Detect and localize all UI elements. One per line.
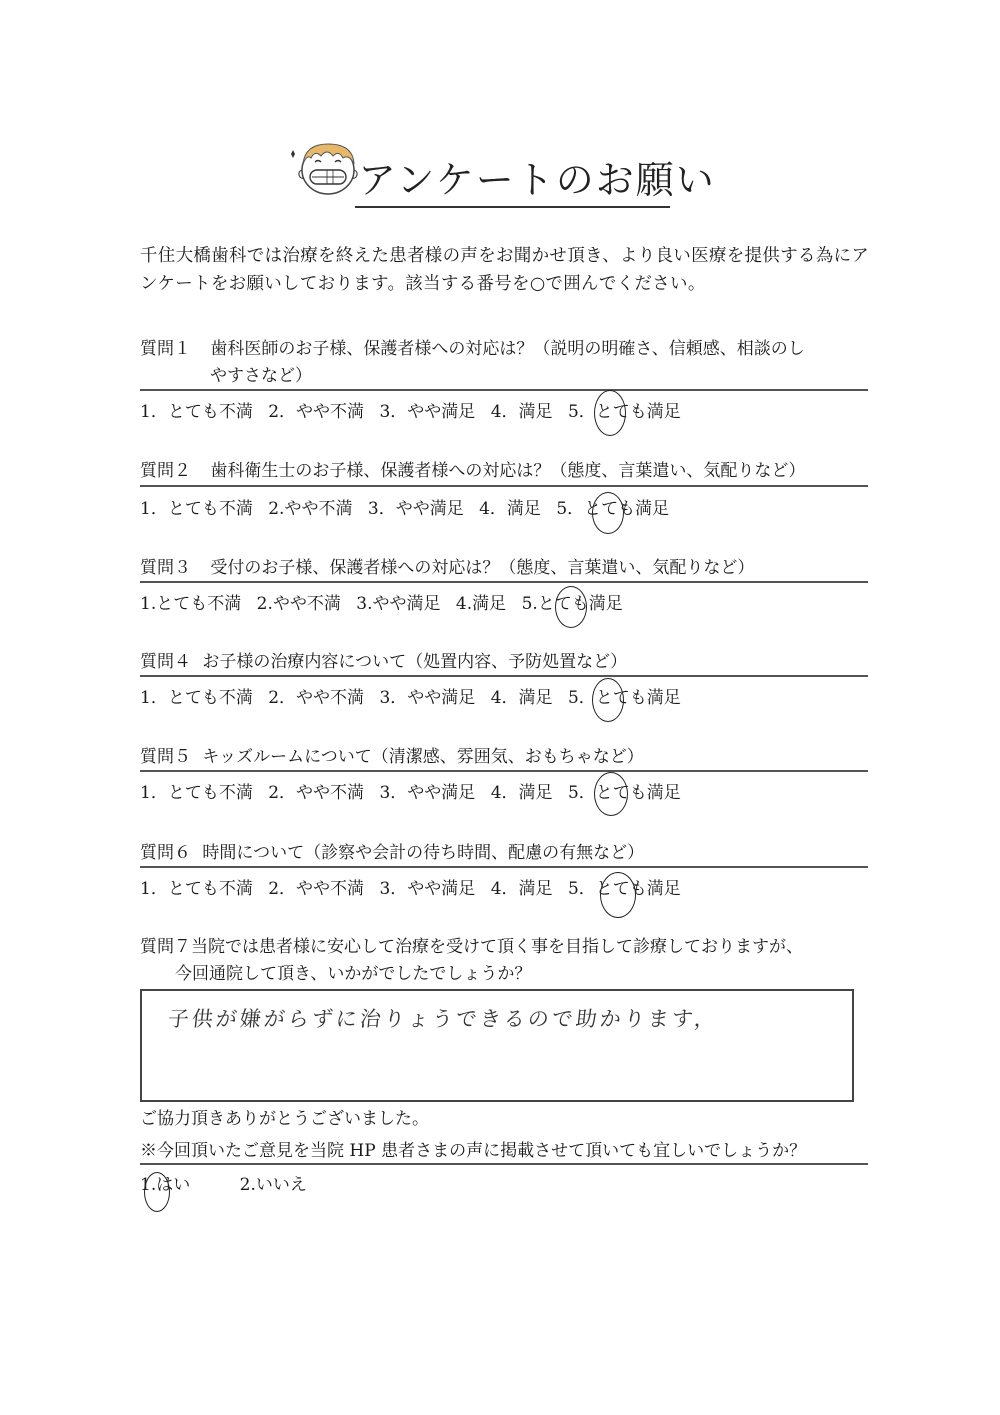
- option-2[interactable]: 2.やや不満: [268, 499, 352, 519]
- question-6: 質問６ 時間について（診察や会計の待ち時間、配慮の有無など）: [140, 840, 870, 867]
- option-1[interactable]: 1．とても不満: [140, 499, 253, 519]
- thanks-text: ご協力頂きありがとうございました。: [140, 1104, 429, 1129]
- question-3: 質問３ 受付のお子様、保護者様への対応は？（態度、言葉遣い、気配りなど）: [140, 555, 870, 582]
- divider: [140, 581, 868, 583]
- title-block: アンケートのお願い: [358, 158, 670, 202]
- divider: [140, 866, 868, 868]
- consent-no[interactable]: 2.いいえ: [240, 1170, 307, 1195]
- question-label: 質問５: [140, 747, 191, 767]
- question-3-options: 1.とても不満 2.やや不満 3.やや満足 4.満足 5.とても満足: [140, 589, 633, 614]
- option-5-selected[interactable]: 5．とても満足: [556, 499, 669, 519]
- option-5-selected[interactable]: 5．とても満足: [568, 688, 681, 708]
- question-text-cont: 今回通院して頂き、いかがでしたでしょうか？: [140, 961, 870, 988]
- handwritten-answer: 子供が嫌がらずに治りょうできるので助かります，: [166, 1003, 719, 1033]
- question-label: 質問３: [140, 558, 191, 578]
- option-4[interactable]: 4．満足: [491, 688, 553, 708]
- option-2[interactable]: 2．やや不満: [268, 688, 364, 708]
- option-3[interactable]: 3．やや満足: [379, 879, 475, 899]
- divider: [140, 675, 868, 677]
- divider: [140, 485, 868, 487]
- option-2[interactable]: 2.やや不満: [257, 594, 341, 614]
- option-5-selected[interactable]: 5．とても満足: [568, 402, 681, 422]
- intro-text: 千住大橋歯科では治療を終えた患者様の声をお聞かせ頂き、より良い医療を提供する為に…: [140, 242, 880, 298]
- option-4[interactable]: 4．満足: [491, 402, 553, 422]
- question-2-options: 1．とても不満 2.やや不満 3．やや満足 4．満足 5．とても満足: [140, 494, 679, 519]
- question-label: 質問４: [140, 652, 191, 672]
- option-5-selected[interactable]: 5．とても満足: [568, 783, 681, 803]
- question-2: 質問２ 歯科衛生士のお子様、保護者様への対応は？（態度、言葉遣い、気配りなど）: [140, 458, 870, 485]
- option-2[interactable]: 2．やや不満: [268, 783, 364, 803]
- divider: [140, 389, 868, 391]
- free-answer-box[interactable]: 子供が嫌がらずに治りょうできるので助かります，: [140, 989, 854, 1102]
- question-text: 歯科衛生士のお子様、保護者様への対応は？（態度、言葉遣い、気配りなど）: [210, 461, 805, 481]
- divider: [140, 770, 868, 772]
- option-2[interactable]: 2．やや不満: [268, 402, 364, 422]
- consent-question: ※今回頂いたご意見を当院 HP 患者さまの声に掲載させて頂いても宜しいでしょうか…: [140, 1136, 806, 1161]
- divider: [140, 1163, 868, 1165]
- question-text: 当院では患者様に安心して治療を受けて頂く事を目指して診療しておりますが、: [191, 937, 803, 957]
- page-title: アンケートのお願い: [358, 158, 670, 202]
- question-5-options: 1．とても不満 2．やや不満 3．やや満足 4．満足 5．とても満足: [140, 778, 691, 803]
- question-4: 質問４ お子様の治療内容について（処置内容、予防処置など）: [140, 649, 870, 676]
- option-5-selected[interactable]: 5．とても満足: [568, 879, 681, 899]
- question-label: 質問２: [140, 461, 191, 481]
- option-1[interactable]: 1．とても不満: [140, 879, 253, 899]
- option-3[interactable]: 3.やや満足: [356, 594, 440, 614]
- question-text-cont: やすさなど）: [140, 363, 870, 390]
- consent-options: 1.はい 2.いいえ: [140, 1170, 307, 1195]
- question-label: 質問１: [140, 339, 191, 359]
- option-3[interactable]: 3．やや満足: [379, 688, 475, 708]
- question-1: 質問１ 歯科医師のお子様、保護者様への対応は？（説明の明確さ、信頼感、相談のし …: [140, 336, 870, 390]
- option-4[interactable]: 4.満足: [456, 594, 506, 614]
- option-4[interactable]: 4．満足: [479, 499, 541, 519]
- option-4[interactable]: 4．満足: [491, 783, 553, 803]
- question-4-options: 1．とても不満 2．やや不満 3．やや満足 4．満足 5．とても満足: [140, 683, 691, 708]
- question-7: 質問７当院では患者様に安心して治療を受けて頂く事を目指して診療しておりますが、 …: [140, 934, 870, 988]
- consent-yes-selected[interactable]: 1.はい: [140, 1170, 190, 1195]
- option-1[interactable]: 1．とても不満: [140, 783, 253, 803]
- survey-page: アンケートのお願い 千住大橋歯科では治療を終えた患者様の声をお聞かせ頂き、より良…: [0, 0, 1000, 1415]
- question-5: 質問５ キッズルームについて（清潔感、雰囲気、おもちゃなど）: [140, 744, 870, 771]
- question-text: お子様の治療内容について（処置内容、予防処置など）: [202, 652, 627, 672]
- option-1[interactable]: 1．とても不満: [140, 688, 253, 708]
- option-1[interactable]: 1．とても不満: [140, 402, 253, 422]
- option-4[interactable]: 4．満足: [491, 879, 553, 899]
- option-1[interactable]: 1.とても不満: [140, 594, 241, 614]
- option-3[interactable]: 3．やや満足: [379, 402, 475, 422]
- question-1-options: 1．とても不満 2．やや不満 3．やや満足 4．満足 5．とても満足: [140, 397, 691, 422]
- question-text: 歯科医師のお子様、保護者様への対応は？（説明の明確さ、信頼感、相談のし: [210, 339, 804, 359]
- option-2[interactable]: 2．やや不満: [268, 879, 364, 899]
- option-5-selected[interactable]: 5.とても満足: [522, 594, 623, 614]
- question-label: 質問７: [140, 937, 191, 957]
- title-underline: [355, 206, 670, 208]
- option-3[interactable]: 3．やや満足: [379, 783, 475, 803]
- question-text: 時間について（診察や会計の待ち時間、配慮の有無など）: [202, 843, 644, 863]
- question-label: 質問６: [140, 843, 191, 863]
- question-text: 受付のお子様、保護者様への対応は？（態度、言葉遣い、気配りなど）: [210, 558, 754, 578]
- question-6-options: 1．とても不満 2．やや不満 3．やや満足 4．満足 5．とても満足: [140, 874, 691, 899]
- question-text: キッズルームについて（清潔感、雰囲気、おもちゃなど）: [202, 747, 643, 767]
- option-3[interactable]: 3．やや満足: [368, 499, 464, 519]
